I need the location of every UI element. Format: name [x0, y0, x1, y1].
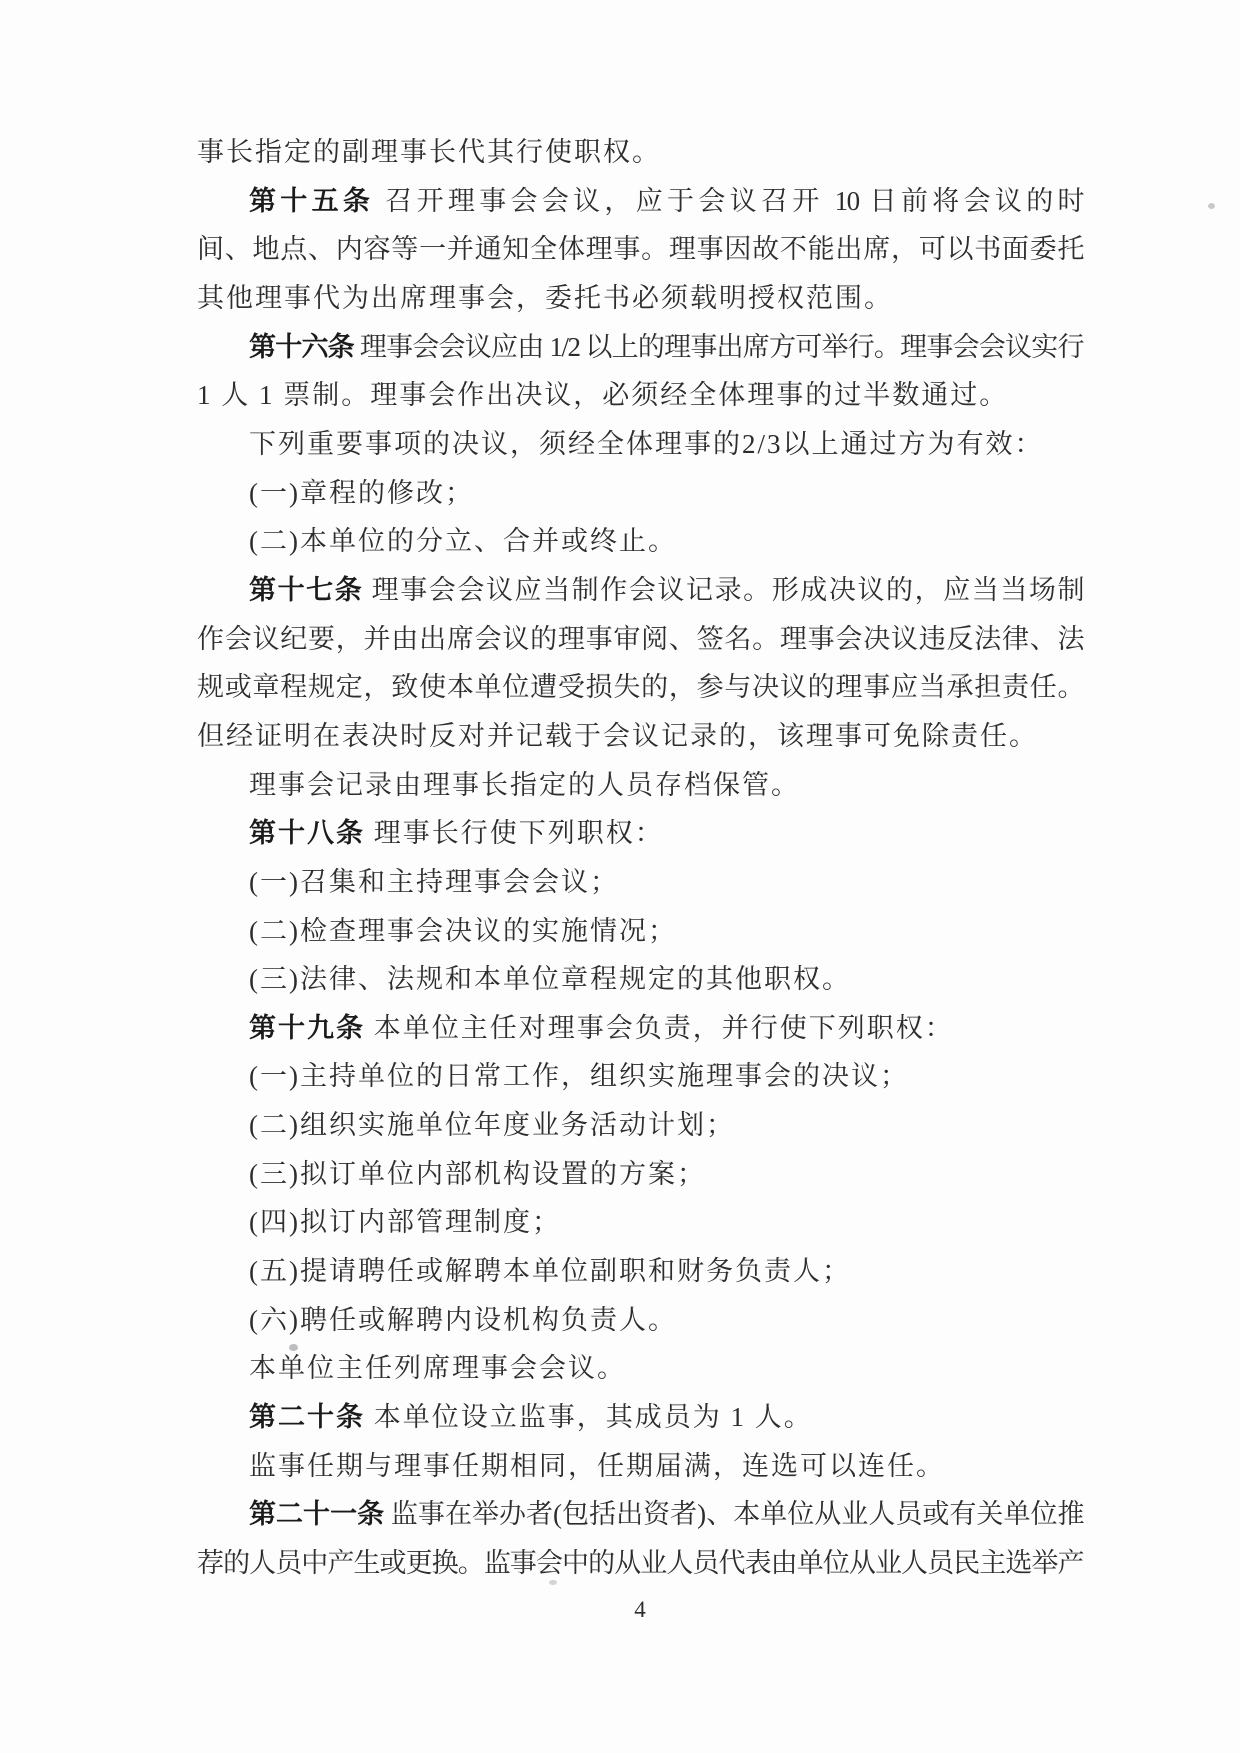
line-text: (三)拟订单位内部机构设置的方案； — [249, 1159, 706, 1189]
line-text: 理事会会议应当制作会议记录。形成决议的，应当当场制 — [363, 575, 1083, 605]
text-line: (二)检查理事会决议的实施情况； — [197, 907, 1083, 956]
line-text: 理事会会议应由 1/2 以上的理事出席方可举行。理事会会议实行 — [354, 332, 1083, 362]
text-line: 理事会记录由理事长指定的人员存档保管。 — [197, 761, 1083, 810]
line-text: (一)章程的修改； — [249, 478, 474, 508]
line-text: (二)组织实施单位年度业务活动计划； — [249, 1110, 735, 1140]
line-text: 规或章程规定，致使本单位遭受损失的，参与决议的理事应当承担责任。 — [197, 672, 1083, 702]
text-line: (二)组织实施单位年度业务活动计划； — [197, 1101, 1083, 1150]
line-text: 监事任期与理事任期相同，任期届满，连选可以连任。 — [249, 1451, 945, 1481]
text-line: (四)拟订内部管理制度； — [197, 1198, 1083, 1247]
line-text: 理事会记录由理事长指定的人员存档保管。 — [249, 770, 800, 800]
line-text: (四)拟订内部管理制度； — [249, 1207, 561, 1237]
article-number: 第十八条 — [249, 818, 365, 848]
line-text: 1 人 1 票制。理事会作出决议，必须经全体理事的过半数通过。 — [197, 380, 1008, 410]
text-line: 事长指定的副理事长代其行使职权。 — [197, 128, 1083, 177]
text-line: 第二十条 本单位设立监事，其成员为 1 人。 — [197, 1393, 1083, 1442]
article-number: 第十七条 — [249, 575, 363, 605]
article-number: 第二十条 — [249, 1402, 365, 1432]
text-line: (二)本单位的分立、合并或终止。 — [197, 517, 1083, 566]
line-text: 事长指定的副理事长代其行使职权。 — [197, 137, 661, 167]
text-line: (三)拟订单位内部机构设置的方案； — [197, 1150, 1083, 1199]
scan-speck — [549, 1580, 557, 1585]
text-line: 第二十一条 监事在举办者(包括出资者)、本单位从业人员或有关单位推 — [197, 1490, 1083, 1539]
article-number: 第十九条 — [249, 1013, 365, 1043]
line-text: 本单位设立监事，其成员为 1 人。 — [365, 1402, 813, 1432]
text-line: (一)召集和主持理事会会议； — [197, 858, 1083, 907]
text-line: 但经证明在表决时反对并记载于会议记录的，该理事可免除责任。 — [197, 712, 1083, 761]
line-text: 本单位主任列席理事会会议。 — [249, 1353, 626, 1383]
line-text: 监事在举办者(包括出资者)、本单位从业人员或有关单位推 — [384, 1499, 1083, 1529]
line-text: 但经证明在表决时反对并记载于会议记录的，该理事可免除责任。 — [197, 721, 1038, 751]
text-line: (一)章程的修改； — [197, 469, 1083, 518]
page-number: 4 — [197, 1597, 1083, 1623]
document-page: 事长指定的副理事长代其行使职权。第十五条 召开理事会会议，应于会议召开 10 日… — [0, 0, 1240, 1753]
line-text: 其他理事代为出席理事会，委托书必须载明授权范围。 — [197, 283, 893, 313]
line-text: 理事长行使下列职权： — [365, 818, 664, 848]
text-line: 下列重要事项的决议，须经全体理事的2/3以上通过方为有效： — [197, 420, 1083, 469]
text-block: 事长指定的副理事长代其行使职权。第十五条 召开理事会会议，应于会议召开 10 日… — [197, 128, 1083, 1588]
line-text: 作会议纪要，并由出席会议的理事审阅、签名。理事会决议违反法律、法 — [197, 624, 1083, 654]
line-text: 间、地点、内容等一并通知全体理事。理事因故不能出席，可以书面委托 — [197, 234, 1083, 264]
text-line: 监事任期与理事任期相同，任期届满，连选可以连任。 — [197, 1442, 1083, 1491]
line-text: (三)法律、法规和本单位章程规定的其他职权。 — [249, 964, 851, 994]
text-line: 1 人 1 票制。理事会作出决议，必须经全体理事的过半数通过。 — [197, 371, 1083, 420]
line-text: (二)本单位的分立、合并或终止。 — [249, 526, 677, 556]
text-line: 第十五条 召开理事会会议，应于会议召开 10 日前将会议的时 — [197, 177, 1083, 226]
text-line: 第十八条 理事长行使下列职权： — [197, 809, 1083, 858]
text-line: 荐的人员中产生或更换。监事会中的从业人员代表由单位从业人员民主选举产 — [197, 1539, 1083, 1588]
text-line: (一)主持单位的日常工作，组织实施理事会的决议； — [197, 1052, 1083, 1101]
line-text: (二)检查理事会决议的实施情况； — [249, 916, 677, 946]
line-text: 本单位主任对理事会负责，并行使下列职权： — [365, 1013, 954, 1043]
text-line: 间、地点、内容等一并通知全体理事。理事因故不能出席，可以书面委托 — [197, 225, 1083, 274]
line-text: 召开理事会会议，应于会议召开 10 日前将会议的时 — [374, 186, 1083, 216]
article-number: 第十五条 — [249, 186, 374, 216]
text-line: (五)提请聘任或解聘本单位副职和财务负责人； — [197, 1247, 1083, 1296]
text-line: 作会议纪要，并由出席会议的理事审阅、签名。理事会决议违反法律、法 — [197, 615, 1083, 664]
text-line: (三)法律、法规和本单位章程规定的其他职权。 — [197, 955, 1083, 1004]
text-line: 规或章程规定，致使本单位遭受损失的，参与决议的理事应当承担责任。 — [197, 663, 1083, 712]
line-text: 下列重要事项的决议，须经全体理事的2/3以上通过方为有效： — [249, 429, 1044, 459]
text-line: 其他理事代为出席理事会，委托书必须载明授权范围。 — [197, 274, 1083, 323]
text-line: 第十七条 理事会会议应当制作会议记录。形成决议的，应当当场制 — [197, 566, 1083, 615]
line-text: (六)聘任或解聘内设机构负责人。 — [249, 1305, 677, 1335]
line-text: (一)主持单位的日常工作，组织实施理事会的决议； — [249, 1061, 909, 1091]
article-number: 第二十一条 — [249, 1499, 384, 1529]
scan-speck — [289, 1344, 298, 1351]
text-line: (六)聘任或解聘内设机构负责人。 — [197, 1296, 1083, 1345]
line-text: (五)提请聘任或解聘本单位副职和财务负责人； — [249, 1256, 851, 1286]
scan-speck — [1208, 203, 1215, 209]
text-line: 第十九条 本单位主任对理事会负责，并行使下列职权： — [197, 1004, 1083, 1053]
line-text: (一)召集和主持理事会会议； — [249, 867, 619, 897]
text-line: 第十六条 理事会会议应由 1/2 以上的理事出席方可举行。理事会会议实行 — [197, 323, 1083, 372]
text-line: 本单位主任列席理事会会议。 — [197, 1344, 1083, 1393]
article-number: 第十六条 — [249, 332, 354, 362]
line-text: 荐的人员中产生或更换。监事会中的从业人员代表由单位从业人员民主选举产 — [197, 1548, 1083, 1578]
